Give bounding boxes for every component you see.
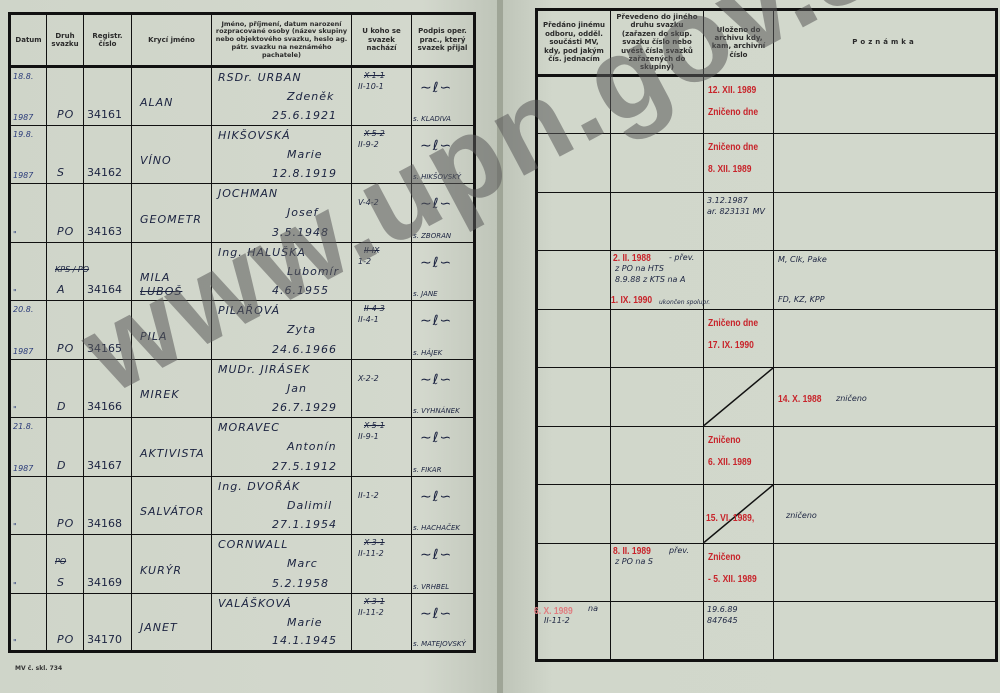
location-old: X-5-2 — [364, 129, 385, 138]
cell-podpis: ∼ℓ∽ s. KLADIVA — [412, 67, 475, 126]
archive-stamp: 12. XII. 1989 — [708, 85, 756, 96]
cell-predano — [537, 134, 611, 193]
cell-reg: 34168 — [84, 476, 132, 535]
surname: MORAVEC — [218, 421, 280, 434]
signature-scrawl: ∼ℓ∽ — [420, 430, 452, 446]
cell-jmeno: JOCHMAN Josef 3.5.1948 — [212, 184, 352, 243]
location-old: X-5-1 — [364, 421, 385, 430]
table-row: 12. XII. 1989Zničeno dne — [537, 75, 997, 134]
cell-reg: 34165 — [84, 301, 132, 360]
archive-stamp: 8. XII. 1989 — [708, 164, 751, 175]
druh: A — [57, 283, 66, 296]
cell-prevedeno — [611, 485, 704, 544]
cell-podpis: ∼ℓ∽ s. VYHNÁNEK — [412, 359, 475, 418]
header-jmeno-prijmeni: Jméno, příjmení, datum narození rozpraco… — [212, 14, 352, 67]
datum-top: 18.8. — [13, 72, 33, 81]
kryci-jmeno: JANET — [140, 621, 178, 634]
druh: PO — [57, 517, 74, 530]
cell-predano — [537, 485, 611, 544]
cell-prevedeno — [611, 368, 704, 427]
table-row: 20.8. 1987 PO 34165 PILA PILAŘOVÁ Zyta 2… — [10, 301, 475, 360]
datum-bottom: " — [13, 405, 17, 414]
cell-druh: PO — [47, 593, 84, 652]
birth-date: 3.5.1948 — [272, 226, 329, 239]
handwritten-note: na — [588, 604, 598, 613]
first-name: Zyta — [287, 323, 316, 336]
location: II-9-2 — [358, 140, 379, 149]
registr-cislo: 34165 — [87, 342, 122, 355]
table-row: " PO 34163 GEOMETR JOCHMAN Josef 3.5.194… — [10, 184, 475, 243]
birth-date: 25.6.1921 — [272, 109, 337, 122]
archive-note: ar. 823131 MV — [707, 207, 765, 216]
cell-reg: 34164 — [84, 242, 132, 301]
cell-druh: PO — [47, 476, 84, 535]
datum-bottom: " — [13, 522, 17, 531]
cell-druh: PO S — [47, 535, 84, 594]
cell-u-koho: X-3-1 II-11-2 — [352, 535, 412, 594]
table-row: 14. X. 1988zničeno — [537, 368, 997, 427]
note-text: FD, KZ, KPP — [778, 295, 825, 304]
cell-datum: 18.8. 1987 — [10, 67, 47, 126]
signature-name: s. HACHAČEK — [413, 524, 460, 532]
cell-druh: S — [47, 125, 84, 184]
registr-cislo: 34164 — [87, 283, 122, 296]
druh: PO — [57, 225, 74, 238]
table-row: " KPS / PO A 34164 MILA LUBOŠ Ing. HALUŠ… — [10, 242, 475, 301]
kryci-jmeno: AKTIVISTA — [140, 447, 205, 460]
cell-reg: 34161 — [84, 67, 132, 126]
datum-bottom: 1987 — [13, 347, 33, 356]
datum-bottom: " — [13, 638, 17, 647]
cell-predano — [537, 309, 611, 368]
signature-name: s. JANE — [413, 290, 438, 298]
signature-name: s. HIKŠOVSKÝ — [413, 173, 461, 181]
archive-stamp: 15. VI. 1989, — [706, 513, 754, 524]
note-text: zničeno — [836, 394, 867, 403]
cell-jmeno: Ing. HALUŠKA Lubomír 4.6.1955 — [212, 242, 352, 301]
cell-u-koho: II-1-2 — [352, 476, 412, 535]
header-predano: Předáno jinému odboru, odděl. součásti M… — [537, 10, 611, 76]
druh-struck: PO — [55, 557, 66, 566]
note-text: M, Clk, Pake — [778, 255, 827, 264]
birth-date: 4.6.1955 — [272, 284, 329, 297]
cell-predano — [537, 192, 611, 251]
kryci-jmeno: SALVÁTOR — [140, 505, 204, 518]
table-row: 18.8. 1987 PO 34161 ALAN RSDr. URBAN Zde… — [10, 67, 475, 126]
kryci-jmeno: GEOMETR — [140, 213, 202, 226]
cell-podpis: ∼ℓ∽ s. HIKŠOVSKÝ — [412, 125, 475, 184]
handwritten-note: - přev. — [669, 253, 694, 262]
cell-druh: PO — [47, 67, 84, 126]
handwritten-note: z PO na HTS — [615, 264, 664, 273]
birth-date: 24.6.1966 — [272, 343, 337, 356]
cell-u-koho: X-5-2 II-9-2 — [352, 125, 412, 184]
archive-stamp: 17. IX. 1990 — [708, 340, 754, 351]
surname: RSDr. URBAN — [218, 71, 302, 84]
surname: PILAŘOVÁ — [218, 304, 280, 317]
cell-ulozeno: Zničeno dne8. XII. 1989 — [704, 134, 774, 193]
cell-podpis: ∼ℓ∽ s. HACHAČEK — [412, 476, 475, 535]
signature-name: s. ZBORAN — [413, 232, 451, 240]
birth-date: 26.7.1929 — [272, 401, 337, 414]
table-row: 8. II. 1989přev.z PO na SZničeno- 5. XII… — [537, 543, 997, 602]
druh: S — [57, 576, 65, 589]
registr-cislo: 34168 — [87, 517, 122, 530]
birth-date: 14.1.1945 — [272, 634, 337, 647]
cell-u-koho: X-2-2 — [352, 359, 412, 418]
cell-datum: " — [10, 184, 47, 243]
cell-u-koho: X-3-1 II-11-2 — [352, 593, 412, 652]
cell-druh: PO — [47, 184, 84, 243]
cell-kryci: MIREK — [132, 359, 212, 418]
header-poznamka: Poznámka — [774, 10, 997, 76]
table-row: " D 34166 MIREK MUDr. JIRÁSEK Jan 26.7.1… — [10, 359, 475, 418]
cell-jmeno: PILAŘOVÁ Zyta 24.6.1966 — [212, 301, 352, 360]
cell-reg: 34163 — [84, 184, 132, 243]
cell-predano — [537, 543, 611, 602]
handwritten-note: 8.9.88 z KTS na A — [615, 275, 685, 284]
header-podpis: Podpis oper. prac., který svazek přijal — [412, 14, 475, 67]
cell-predano — [537, 426, 611, 485]
location: II-10-1 — [358, 82, 384, 91]
location: 1-2 — [358, 257, 371, 266]
kryci-jmeno: ALAN — [140, 96, 173, 109]
registr-cislo: 34167 — [87, 459, 122, 472]
location: X-2-2 — [358, 374, 379, 383]
location: II-9-1 — [358, 432, 379, 441]
table-row: " PO 34168 SALVÁTOR Ing. DVOŘÁK Dalimil … — [10, 476, 475, 535]
table-row: 3.12.1987ar. 823131 MV — [537, 192, 997, 251]
druh: S — [57, 166, 65, 179]
signature-scrawl: ∼ℓ∽ — [420, 313, 452, 329]
datum-top: 21.8. — [13, 422, 33, 431]
signature-name: s. KLADIVA — [413, 115, 451, 123]
cell-druh: PO — [47, 301, 84, 360]
table-row: 2. II. 1988- přev.z PO na HTS8.9.88 z KT… — [537, 251, 997, 310]
datum-bottom: 1987 — [13, 464, 33, 473]
archive-stamp: 6. XII. 1989 — [708, 457, 751, 468]
table-row: 15. VI. 1989,zničeno — [537, 485, 997, 544]
archive-note: 847645 — [707, 616, 738, 625]
datum-bottom: " — [13, 288, 17, 297]
cell-jmeno: MORAVEC Antonín 27.5.1912 — [212, 418, 352, 477]
location: V-4-2 — [358, 198, 379, 207]
cell-reg: 34170 — [84, 593, 132, 652]
cell-kryci: ALAN — [132, 67, 212, 126]
cell-kryci: GEOMETR — [132, 184, 212, 243]
surname: VALÁŠKOVÁ — [218, 597, 292, 610]
kryci-struck: LUBOŠ — [140, 285, 182, 298]
registr-cislo: 34161 — [87, 108, 122, 121]
signature-scrawl: ∼ℓ∽ — [420, 372, 452, 388]
cell-poznamka: M, Clk, PakeFD, KZ, KPP — [774, 251, 997, 310]
registr-cislo: 34169 — [87, 576, 122, 589]
table-row: " PO S 34169 KURÝR CORNWALL Marc 5.2.195… — [10, 535, 475, 594]
cell-jmeno: CORNWALL Marc 5.2.1958 — [212, 535, 352, 594]
cell-podpis: ∼ℓ∽ s. ZBORAN — [412, 184, 475, 243]
cell-ulozeno: 12. XII. 1989Zničeno dne — [704, 75, 774, 134]
cell-reg: 34166 — [84, 359, 132, 418]
cell-u-koho: X-5-1 II-9-1 — [352, 418, 412, 477]
archive-stamp: Zničeno dne — [708, 142, 758, 153]
first-name: Jan — [287, 382, 307, 395]
cell-datum: " — [10, 476, 47, 535]
cell-u-koho: X-1-1 II-10-1 — [352, 67, 412, 126]
archive-stamp: Zničeno — [708, 552, 741, 563]
signature-scrawl: ∼ℓ∽ — [420, 138, 452, 154]
kryci-jmeno: MIREK — [140, 388, 180, 401]
location: II-1-2 — [358, 491, 379, 500]
datum-bottom: 1987 — [13, 113, 33, 122]
handwritten-note: z PO na S — [615, 557, 653, 566]
cell-predano — [537, 251, 611, 310]
note-text: zničeno — [786, 511, 817, 520]
cell-ulozeno — [704, 251, 774, 310]
cell-druh: D — [47, 359, 84, 418]
signature-name: s. MATEJOVSKÝ — [413, 640, 466, 648]
handwritten-note: ukončen spolupr. — [659, 299, 710, 306]
handwritten-note: přev. — [669, 546, 689, 555]
location-old: II-IX — [364, 246, 379, 255]
cell-reg: 34162 — [84, 125, 132, 184]
archive-note: 3.12.1987 — [707, 196, 748, 205]
date-stamp: 8. II. 1989 — [613, 546, 651, 557]
birth-date: 5.2.1958 — [272, 577, 329, 590]
surname: CORNWALL — [218, 538, 288, 551]
cell-kryci: SALVÁTOR — [132, 476, 212, 535]
surname: JOCHMAN — [218, 187, 278, 200]
table-row: Zničeno dne8. XII. 1989 — [537, 134, 997, 193]
cell-prevedeno — [611, 134, 704, 193]
handwritten-note: II-11-2 — [544, 616, 570, 625]
kryci-jmeno: MILA — [140, 271, 170, 284]
cell-kryci: MILA LUBOŠ — [132, 242, 212, 301]
cell-poznamka: 14. X. 1988zničeno — [774, 368, 997, 427]
signature-name: s. VYHNÁNEK — [413, 407, 460, 415]
first-name: Marie — [287, 148, 323, 161]
cell-prevedeno — [611, 602, 704, 661]
birth-date: 12.8.1919 — [272, 167, 337, 180]
signature-name: s. FIKAR — [413, 466, 441, 474]
signature-name: s. VRHBEL — [413, 583, 449, 591]
first-name: Marie — [287, 616, 323, 629]
first-name: Lubomír — [287, 265, 339, 278]
cell-prevedeno — [611, 309, 704, 368]
cell-reg: 34169 — [84, 535, 132, 594]
cell-jmeno: Ing. DVOŘÁK Dalimil 27.1.1954 — [212, 476, 352, 535]
cell-podpis: ∼ℓ∽ s. FIKAR — [412, 418, 475, 477]
archive-stamp: Zničeno — [708, 435, 741, 446]
birth-date: 27.5.1912 — [272, 460, 337, 473]
registr-cislo: 34162 — [87, 166, 122, 179]
archive-stamp: Zničeno dne — [708, 318, 758, 329]
cell-kryci: JANET — [132, 593, 212, 652]
cell-predano — [537, 368, 611, 427]
left-ledger-table: Datum Druh svazku Registr. číslo Krycí j… — [8, 12, 476, 653]
signature-scrawl: ∼ℓ∽ — [420, 606, 452, 622]
druh: PO — [57, 342, 74, 355]
location-old: X-3-1 — [364, 538, 385, 547]
location: II-11-2 — [358, 549, 384, 558]
archive-stamp: - 5. XII. 1989 — [708, 574, 757, 585]
location-old: II-4-3 — [364, 304, 385, 313]
cell-poznamka — [774, 75, 997, 134]
cell-u-koho: II-4-3 II-4-1 — [352, 301, 412, 360]
druh: D — [57, 400, 66, 413]
table-row: " PO 34170 JANET VALÁŠKOVÁ Marie 14.1.19… — [10, 593, 475, 652]
first-name: Dalimil — [287, 499, 332, 512]
first-name: Antonín — [287, 440, 337, 453]
cell-kryci: AKTIVISTA — [132, 418, 212, 477]
cell-predano — [537, 75, 611, 134]
cell-datum: " — [10, 535, 47, 594]
datum-bottom: " — [13, 230, 17, 239]
archive-stamp: Zničeno dne — [708, 107, 758, 118]
location: II-11-2 — [358, 608, 384, 617]
registr-cislo: 34170 — [87, 633, 122, 646]
cell-prevedeno — [611, 426, 704, 485]
cancel-diagonal-line — [704, 368, 773, 426]
cell-datum: 20.8. 1987 — [10, 301, 47, 360]
registr-cislo: 34166 — [87, 400, 122, 413]
signature-scrawl: ∼ℓ∽ — [420, 489, 452, 505]
cell-u-koho: II-IX 1-2 — [352, 242, 412, 301]
cell-jmeno: MUDr. JIRÁSEK Jan 26.7.1929 — [212, 359, 352, 418]
signature-scrawl: ∼ℓ∽ — [420, 80, 452, 96]
cell-poznamka — [774, 192, 997, 251]
first-name: Marc — [287, 557, 318, 570]
druh: PO — [57, 108, 74, 121]
surname: HIKŠOVSKÁ — [218, 129, 291, 142]
signature-name: s. HÁJEK — [413, 349, 442, 357]
header-u-koho: U koho se svazek nachází — [352, 14, 412, 67]
header-registr-cislo: Registr. číslo — [84, 14, 132, 67]
cell-prevedeno — [611, 192, 704, 251]
cell-ulozeno: Zničeno dne17. IX. 1990 — [704, 309, 774, 368]
table-row: 19.8. 1987 S 34162 VÍNO HIKŠOVSKÁ Marie … — [10, 125, 475, 184]
first-name: Josef — [287, 206, 318, 219]
cell-kryci: VÍNO — [132, 125, 212, 184]
cell-poznamka — [774, 426, 997, 485]
signature-scrawl: ∼ℓ∽ — [420, 255, 452, 271]
header-prevedeno: Převedeno do jiného druhu svazku (zařaze… — [611, 10, 704, 76]
druh: D — [57, 459, 66, 472]
header-kryci-jmeno: Krycí jméno — [132, 14, 212, 67]
cell-datum: 21.8. 1987 — [10, 418, 47, 477]
datum-top: 19.8. — [13, 130, 33, 139]
note-stamp: 14. X. 1988 — [778, 394, 821, 405]
cell-podpis: ∼ℓ∽ s. VRHBEL — [412, 535, 475, 594]
header-druh-svazku: Druh svazku — [47, 14, 84, 67]
location-old: X-3-1 — [364, 597, 385, 606]
header-ulozeno: Uloženo do archivu kdy, kam, archivní čí… — [704, 10, 774, 76]
cell-datum: " — [10, 242, 47, 301]
cell-jmeno: RSDr. URBAN Zdeněk 25.6.1921 — [212, 67, 352, 126]
cell-poznamka — [774, 309, 997, 368]
signature-scrawl: ∼ℓ∽ — [420, 547, 452, 563]
location: II-4-1 — [358, 315, 379, 324]
cell-poznamka — [774, 134, 997, 193]
registr-cislo: 34163 — [87, 225, 122, 238]
cell-datum: " — [10, 359, 47, 418]
cell-jmeno: VALÁŠKOVÁ Marie 14.1.1945 — [212, 593, 352, 652]
cell-druh: D — [47, 418, 84, 477]
cell-datum: " — [10, 593, 47, 652]
cell-podpis: ∼ℓ∽ s. JANE — [412, 242, 475, 301]
cell-ulozeno — [704, 368, 774, 427]
cell-podpis: ∼ℓ∽ s. MATEJOVSKÝ — [412, 593, 475, 652]
surname: MUDr. JIRÁSEK — [218, 363, 310, 376]
table-row: Zničeno6. XII. 1989 — [537, 426, 997, 485]
cell-ulozeno: 3.12.1987ar. 823131 MV — [704, 192, 774, 251]
table-row: 21.8. 1987 D 34167 AKTIVISTA MORAVEC Ant… — [10, 418, 475, 477]
table-row: 6. X. 1989naII-11-219.6.89847645 — [537, 602, 997, 661]
kryci-jmeno: VÍNO — [140, 154, 172, 167]
kryci-jmeno: KURÝR — [140, 564, 182, 577]
archive-note: 19.6.89 — [707, 605, 738, 614]
cell-jmeno: HIKŠOVSKÁ Marie 12.8.1919 — [212, 125, 352, 184]
cell-kryci: PILA — [132, 301, 212, 360]
cell-poznamka — [774, 602, 997, 661]
cell-reg: 34167 — [84, 418, 132, 477]
cell-podpis: ∼ℓ∽ s. HÁJEK — [412, 301, 475, 360]
location-old: X-1-1 — [364, 71, 385, 80]
kryci-jmeno: PILA — [140, 330, 168, 343]
cell-datum: 19.8. 1987 — [10, 125, 47, 184]
cell-predano: 6. X. 1989naII-11-2 — [537, 602, 611, 661]
form-code: MV č. skl. 734 — [15, 665, 62, 672]
date-stamp: 2. II. 1988 — [613, 253, 651, 264]
cell-u-koho: V-4-2 — [352, 184, 412, 243]
cell-ulozeno: 15. VI. 1989, — [704, 485, 774, 544]
cell-ulozeno: Zničeno6. XII. 1989 — [704, 426, 774, 485]
surname: Ing. HALUŠKA — [218, 246, 306, 259]
cell-poznamka — [774, 543, 997, 602]
cell-prevedeno: 2. II. 1988- přev.z PO na HTS8.9.88 z KT… — [611, 251, 704, 310]
header-datum: Datum — [10, 14, 47, 67]
first-name: Zdeněk — [287, 90, 334, 103]
datum-top: 20.8. — [13, 305, 33, 314]
datum-bottom: " — [13, 581, 17, 590]
cell-poznamka: zničeno — [774, 485, 997, 544]
surname: Ing. DVOŘÁK — [218, 480, 300, 493]
right-ledger-table: Předáno jinému odboru, odděl. součásti M… — [535, 8, 998, 662]
cell-prevedeno: 8. II. 1989přev.z PO na S — [611, 543, 704, 602]
cell-druh: KPS / PO A — [47, 242, 84, 301]
druh: PO — [57, 633, 74, 646]
cell-ulozeno: 19.6.89847645 — [704, 602, 774, 661]
cell-prevedeno — [611, 75, 704, 134]
birth-date: 27.1.1954 — [272, 518, 337, 531]
cell-ulozeno: Zničeno- 5. XII. 1989 — [704, 543, 774, 602]
date-stamp: 1. IX. 1990 — [611, 295, 652, 306]
table-row: Zničeno dne17. IX. 1990 — [537, 309, 997, 368]
signature-scrawl: ∼ℓ∽ — [420, 196, 452, 212]
cell-kryci: KURÝR — [132, 535, 212, 594]
datum-bottom: 1987 — [13, 171, 33, 180]
